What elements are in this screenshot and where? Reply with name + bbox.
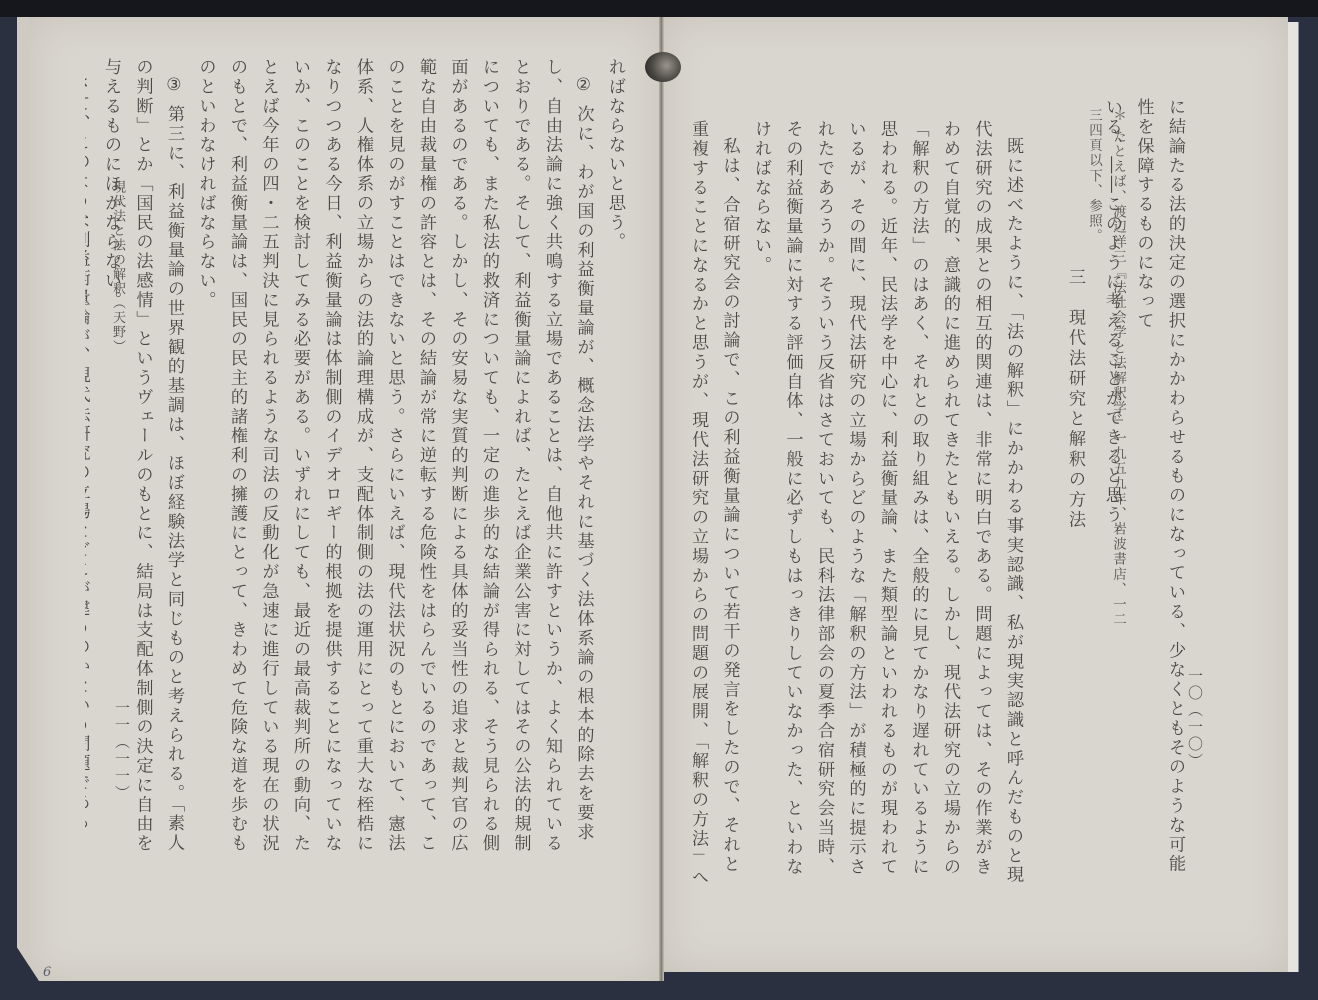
paragraph: ② 次に、わが国の利益衡量論が、概念法学やそれに基づく法体系論の根本的除去を要求… [189, 58, 599, 858]
pencil-mark: 6 [43, 965, 51, 980]
continuation-line: に結論たる法的決定の選択にかかわらせるものになっている、少なくともそのような可能… [1127, 98, 1190, 888]
paragraph: さて、このような利益衡量論が、現代法研究の立場とどこが違うのかという問題であるが… [85, 58, 95, 858]
paragraph: ③ 第三に、利益衡量論の世界観的基調は、ほぼ経験法学と同じものと考えられる。「素… [95, 58, 190, 858]
page-stack-edge [1288, 22, 1299, 972]
scan-background-top [0, 0, 1318, 17]
paragraph: ればならないと思う。 [599, 58, 631, 858]
page-number-right: 一〇（一〇） [1185, 668, 1206, 770]
section-heading: 三 現代法研究と解釈の方法 [1059, 268, 1091, 628]
binding-hole-icon [645, 52, 681, 82]
right-page-body: 既に述べたように、「法の解釈」にかかわる事実認識、私が現実認識と呼んだものと現代… [693, 120, 1028, 890]
paragraph: 既に述べたように、「法の解釈」にかかわる事実認識、私が現実認識と呼んだものと現代… [745, 120, 1029, 890]
book-gutter [659, 17, 664, 981]
page-number-left: 一一（一一） [112, 700, 133, 802]
left-page-body: ればならないと思う。 ② 次に、わが国の利益衡量論が、概念法学やそれに基づく法体… [85, 58, 630, 858]
running-title: 現代法と法の解釈（天野） [108, 180, 127, 354]
paragraph: 私は、合宿研究会の討論で、この利益衡量論について若干の発言をしたので、それと重複… [693, 120, 745, 890]
